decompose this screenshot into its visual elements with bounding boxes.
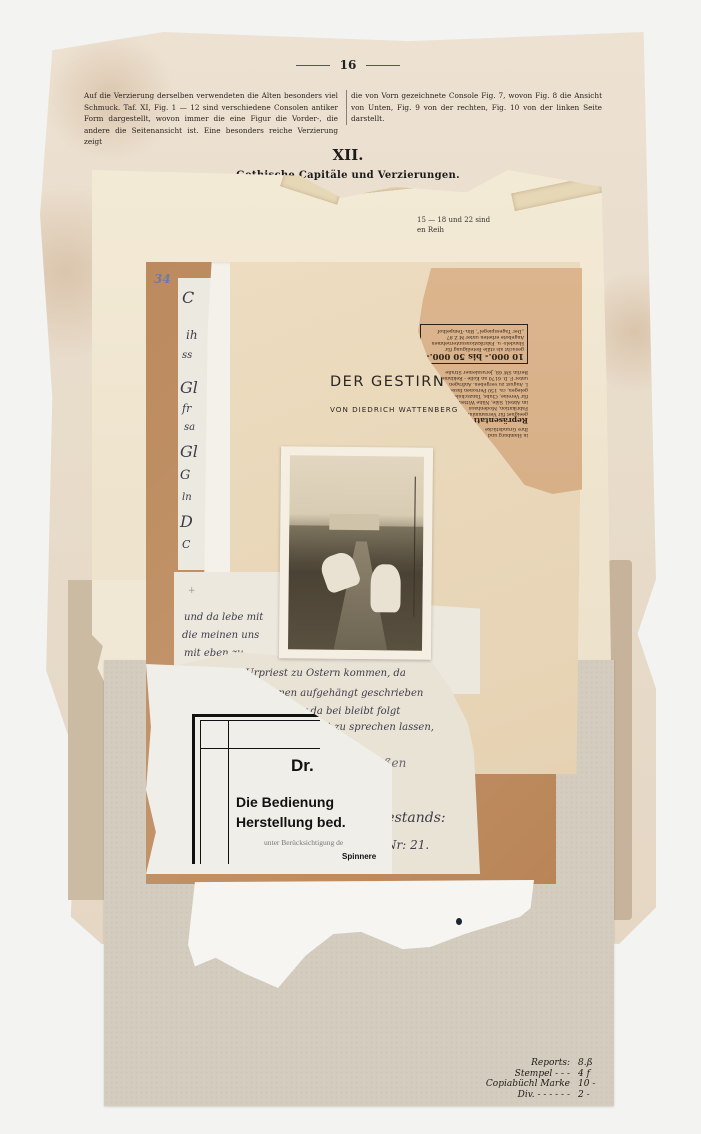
frame-line	[192, 714, 322, 717]
frame-line	[200, 748, 320, 749]
page-number: 16	[40, 58, 656, 72]
title-page-line: Herstellung bed.	[236, 814, 346, 830]
frame-line	[200, 720, 320, 721]
book-text-left-column: Auf die Verzierung derselben verwendeten…	[84, 90, 338, 148]
building	[329, 514, 379, 531]
book-cover-author: VON DIEDRICH WATTENBERG	[330, 405, 458, 414]
newspaper-headline-amount: 10 000.- bis 50 000.- RM	[424, 351, 524, 361]
ledger-row: Reports:8.ß	[486, 1058, 600, 1069]
garden-scene-image	[288, 455, 424, 650]
torn-book-text: en Reih	[417, 226, 444, 234]
archive-number: 34	[154, 272, 171, 286]
frame-line	[228, 720, 229, 864]
torn-book-text: 15 — 18 und 22 sind	[417, 216, 490, 224]
staple-hole	[456, 918, 462, 925]
title-page-line: Die Bedienung	[236, 794, 334, 810]
title-page-publisher: Spinnere	[342, 852, 376, 861]
frame-line	[192, 714, 195, 864]
frame-line	[200, 720, 201, 864]
newspaper-ad-box: 10 000.- bis 50 000.- RM gesucht als sti…	[420, 324, 528, 364]
title-page-subtitle: unter Berücksichtigung de	[264, 838, 343, 847]
book-text-right-column: die von Vorn gezeichnete Console Fig. 7,…	[346, 90, 602, 125]
chapter-number: XII.	[40, 146, 656, 164]
ledger-row: Copiabüchl Marke10 -	[486, 1079, 600, 1090]
ledger-row: Div. - - - - - -2 -	[486, 1090, 600, 1101]
title-page-heading: Dr.	[291, 756, 314, 776]
handwritten-ledger-note: Reports:8.ß Stempel - - -4 f Copiabüchl …	[486, 1058, 600, 1100]
sepia-photograph	[279, 446, 433, 660]
woman-figure	[370, 564, 401, 612]
ledger-row: Stempel - - -4 f	[486, 1069, 600, 1080]
water-stain	[600, 252, 670, 412]
